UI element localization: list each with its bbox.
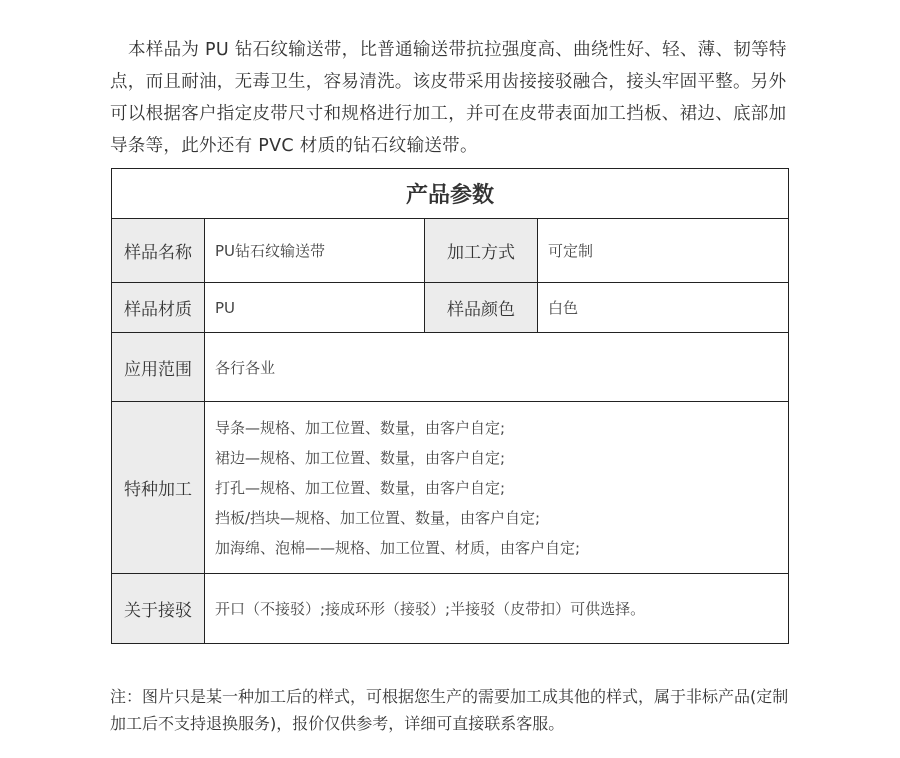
table-row: 样品名称 PU钻石纹输送带 加工方式 可定制 (112, 219, 789, 283)
value-special-processing: 导条—规格、加工位置、数量，由客户自定; 裙边—规格、加工位置、数量，由客户自定… (205, 402, 789, 574)
label-color: 样品颜色 (425, 283, 538, 333)
special-line: 挡板/挡块—规格、加工位置、数量，由客户自定; (215, 503, 778, 533)
special-line: 裙边—规格、加工位置、数量，由客户自定; (215, 443, 778, 473)
intro-paragraph: 本样品为 PU 钻石纹输送带，比普通输送带抗拉强度高、曲绕性好、轻、薄、韧等特点… (110, 34, 790, 162)
table-row: 应用范围 各行各业 (112, 333, 789, 402)
value-material: PU (205, 283, 425, 333)
table-row: 特种加工 导条—规格、加工位置、数量，由客户自定; 裙边—规格、加工位置、数量，… (112, 402, 789, 574)
label-processing-method: 加工方式 (425, 219, 538, 283)
value-splicing: 开口（不接驳）;接成环形（接驳）;半接驳（皮带扣）可供选择。 (205, 574, 789, 644)
note-paragraph: 注：图片只是某一种加工后的样式，可根据您生产的需要加工成其他的样式，属于非标产品… (110, 683, 790, 737)
special-line: 打孔—规格、加工位置、数量，由客户自定; (215, 473, 778, 503)
table-title: 产品参数 (112, 169, 789, 219)
value-application: 各行各业 (205, 333, 789, 402)
label-sample-name: 样品名称 (112, 219, 205, 283)
table-row: 样品材质 PU 样品颜色 白色 (112, 283, 789, 333)
label-special-processing: 特种加工 (112, 402, 205, 574)
value-processing-method: 可定制 (538, 219, 789, 283)
table-row: 关于接驳 开口（不接驳）;接成环形（接驳）;半接驳（皮带扣）可供选择。 (112, 574, 789, 644)
value-color: 白色 (538, 283, 789, 333)
value-sample-name: PU钻石纹输送带 (205, 219, 425, 283)
label-splicing: 关于接驳 (112, 574, 205, 644)
product-params-table: 产品参数 样品名称 PU钻石纹输送带 加工方式 可定制 样品材质 PU 样品颜色… (111, 168, 789, 644)
special-line: 导条—规格、加工位置、数量，由客户自定; (215, 413, 778, 443)
special-line: 加海绵、泡棉——规格、加工位置、材质，由客户自定; (215, 533, 778, 563)
label-application: 应用范围 (112, 333, 205, 402)
label-material: 样品材质 (112, 283, 205, 333)
